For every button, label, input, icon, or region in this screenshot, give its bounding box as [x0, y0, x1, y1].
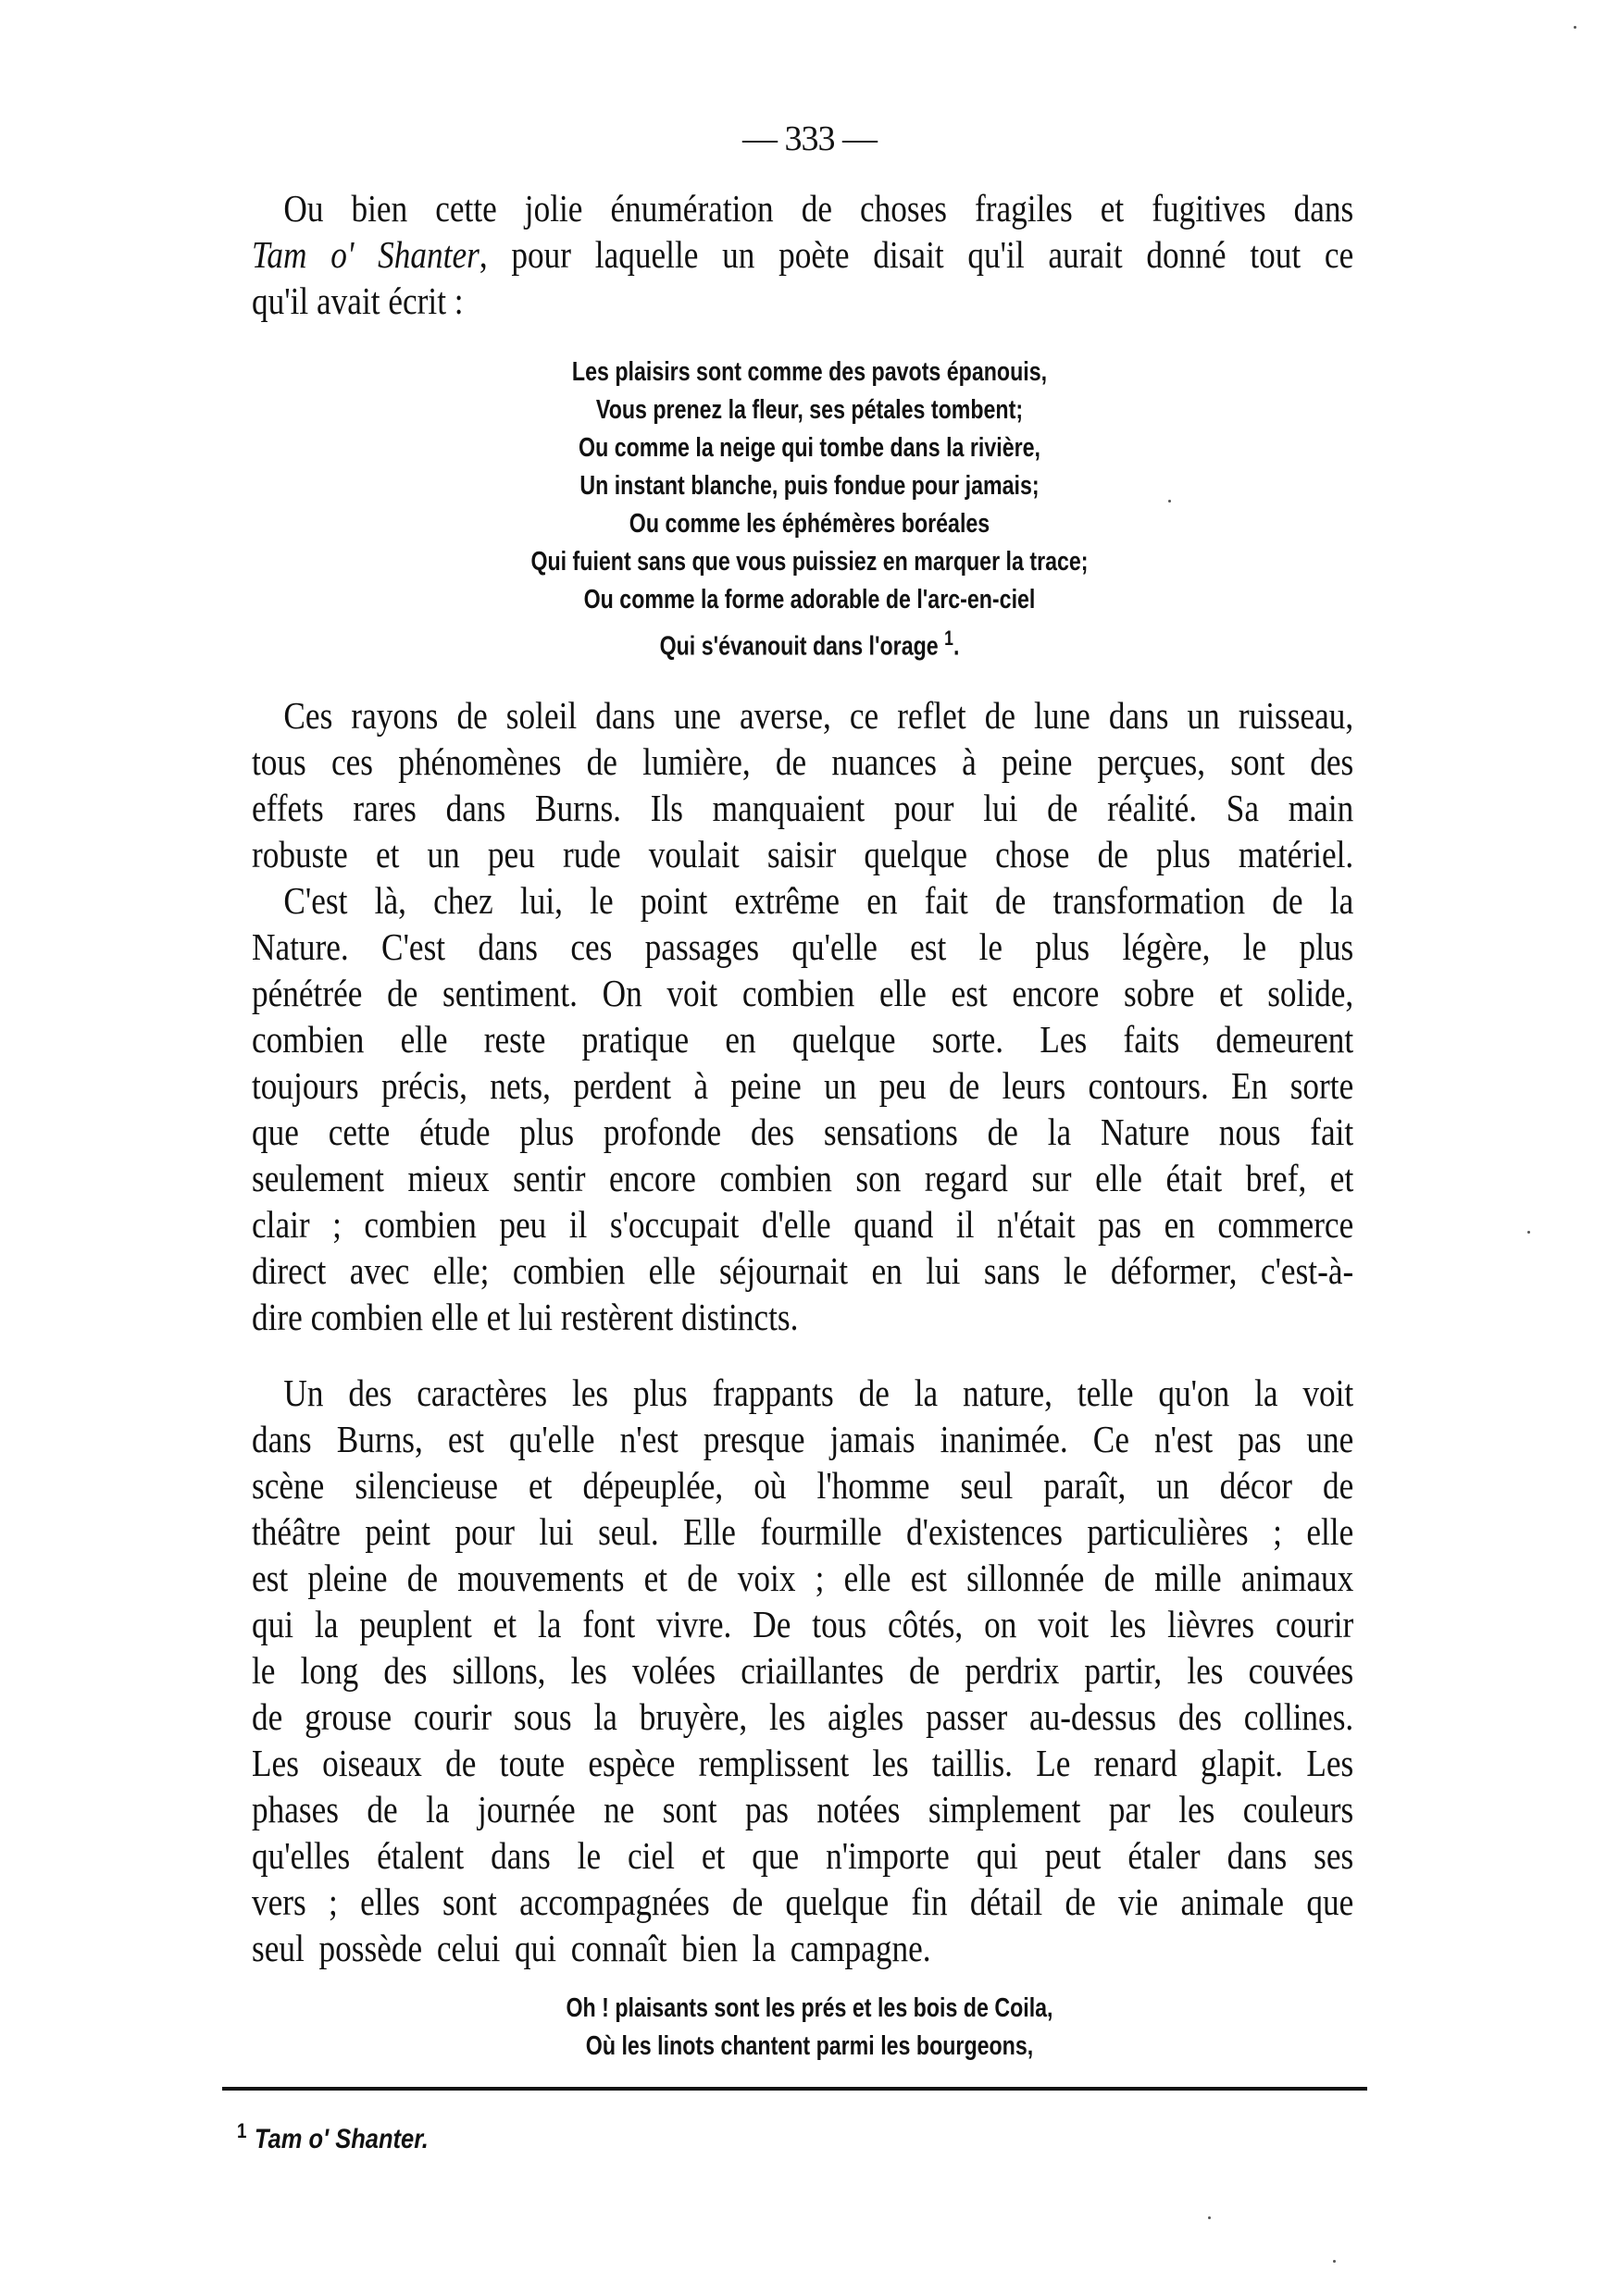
verse-line: Un instant blanche, puis fondue pour jam… — [162, 467, 1457, 505]
verse-line: Ou comme les éphémères boréales — [162, 505, 1457, 543]
text-line: clair ; combien peu il s'occupait d'elle… — [252, 1201, 1353, 1247]
verse-text: Qui s'évanouit dans l'orage — [660, 632, 939, 662]
text-line: vers ; elles sont accompagnées de quelqu… — [252, 1879, 1353, 1925]
text-line: combien elle reste pratique en quelque s… — [252, 1016, 1353, 1062]
text-fragment: pour laquelle un poète disait qu'il aura… — [511, 233, 1353, 276]
scan-speck — [1527, 1231, 1530, 1234]
text-line: de grouse courir sous la bruyère, les ai… — [252, 1694, 1353, 1740]
footnote-reference[interactable]: 1 — [944, 627, 953, 650]
footnote-divider — [222, 2087, 1367, 2091]
text-line: robuste et un peu rude voulait saisir qu… — [252, 831, 1353, 877]
text-line: le long des sillons, les volées criailla… — [252, 1647, 1353, 1694]
text-line: théâtre peint pour lui seul. Elle fourmi… — [252, 1508, 1353, 1555]
title-suffix: , — [479, 233, 488, 276]
work-title: Tam o' Shanter — [252, 233, 479, 276]
verse-line: Où les linots chantent parmi les bourgeo… — [162, 2028, 1457, 2066]
text-line: Ou bien cette jolie énumération de chose… — [252, 185, 1353, 231]
text-line: qui la peuplent et la font vivre. De tou… — [252, 1601, 1353, 1647]
punctuation: . — [953, 632, 959, 662]
footnote-text: Tam o' Shanter. — [255, 2124, 429, 2154]
footnote-1: 1Tam o' Shanter. — [237, 2119, 429, 2155]
scan-speck — [1574, 26, 1576, 29]
text-line: pénétrée de sentiment. On voit combien e… — [252, 970, 1353, 1016]
text-line: tous ces phénomènes de lumière, de nuanc… — [252, 738, 1353, 785]
verse-line: Vous prenez la fleur, ses pétales tomben… — [162, 391, 1457, 429]
scan-speck — [1168, 500, 1171, 503]
page-number: — 333 — — [0, 118, 1619, 159]
text-line: seulement mieux sentir encore combien so… — [252, 1155, 1353, 1201]
text-line: Nature. C'est dans ces passages qu'elle … — [252, 924, 1353, 970]
text-line: seul possède celui qui connaît bien la c… — [252, 1925, 1353, 1971]
verse-block-1: Les plaisirs sont comme des pavots épano… — [0, 354, 1619, 666]
text-line: Ces rayons de soleil dans une averse, ce… — [252, 692, 1353, 738]
scan-speck — [1333, 2260, 1336, 2263]
text-line: effets rares dans Burns. Ils manquaient … — [252, 785, 1353, 831]
text-line: est pleine de mouvements et de voix ; el… — [252, 1555, 1353, 1601]
verse-line: Ou comme la neige qui tombe dans la rivi… — [162, 429, 1457, 467]
text-line: dire combien elle et lui restèrent disti… — [252, 1294, 1353, 1340]
text-line: scène silencieuse et dépeuplée, où l'hom… — [252, 1462, 1353, 1508]
verse-line: Ou comme la forme adorable de l'arc-en-c… — [162, 581, 1457, 619]
verse-block-2: Oh ! plaisants sont les prés et les bois… — [0, 1990, 1619, 2066]
text-line: que cette étude plus profonde des sensat… — [252, 1109, 1353, 1155]
scan-speck — [1208, 2216, 1211, 2219]
text-line: direct avec elle; combien elle séjournai… — [252, 1247, 1353, 1294]
verse-line: Qui s'évanouit dans l'orage 1. — [162, 619, 1457, 666]
text-line: phases de la journée ne sont pas notées … — [252, 1786, 1353, 1832]
verse-line: Oh ! plaisants sont les prés et les bois… — [162, 1990, 1457, 2028]
paragraph-2: Ces rayons de soleil dans une averse, ce… — [252, 692, 1199, 877]
text-line: Un des caractères les plus frappants de … — [252, 1370, 1353, 1416]
verse-line: Les plaisirs sont comme des pavots épano… — [162, 354, 1457, 391]
verse-line: Qui fuient sans que vous puissiez en mar… — [162, 543, 1457, 581]
footnote-marker: 1 — [237, 2119, 246, 2142]
text-line: C'est là, chez lui, le point extrême en … — [252, 877, 1353, 924]
text-line: qu'il avait écrit : — [252, 278, 1353, 324]
paragraph-3: C'est là, chez lui, le point extrême en … — [252, 877, 1199, 1340]
text-line: Tam o' Shanter, pour laquelle un poète d… — [252, 231, 1353, 278]
text-line: qu'elles étalent dans le ciel et que n'i… — [252, 1832, 1353, 1879]
intro-paragraph: Ou bien cette jolie énumération de chose… — [252, 185, 1199, 324]
text-line: Les oiseaux de toute espèce remplissent … — [252, 1740, 1353, 1786]
paragraph-4: Un des caractères les plus frappants de … — [252, 1370, 1199, 1971]
text-line: toujours précis, nets, perdent à peine u… — [252, 1062, 1353, 1109]
text-line: dans Burns, est qu'elle n'est presque ja… — [252, 1416, 1353, 1462]
